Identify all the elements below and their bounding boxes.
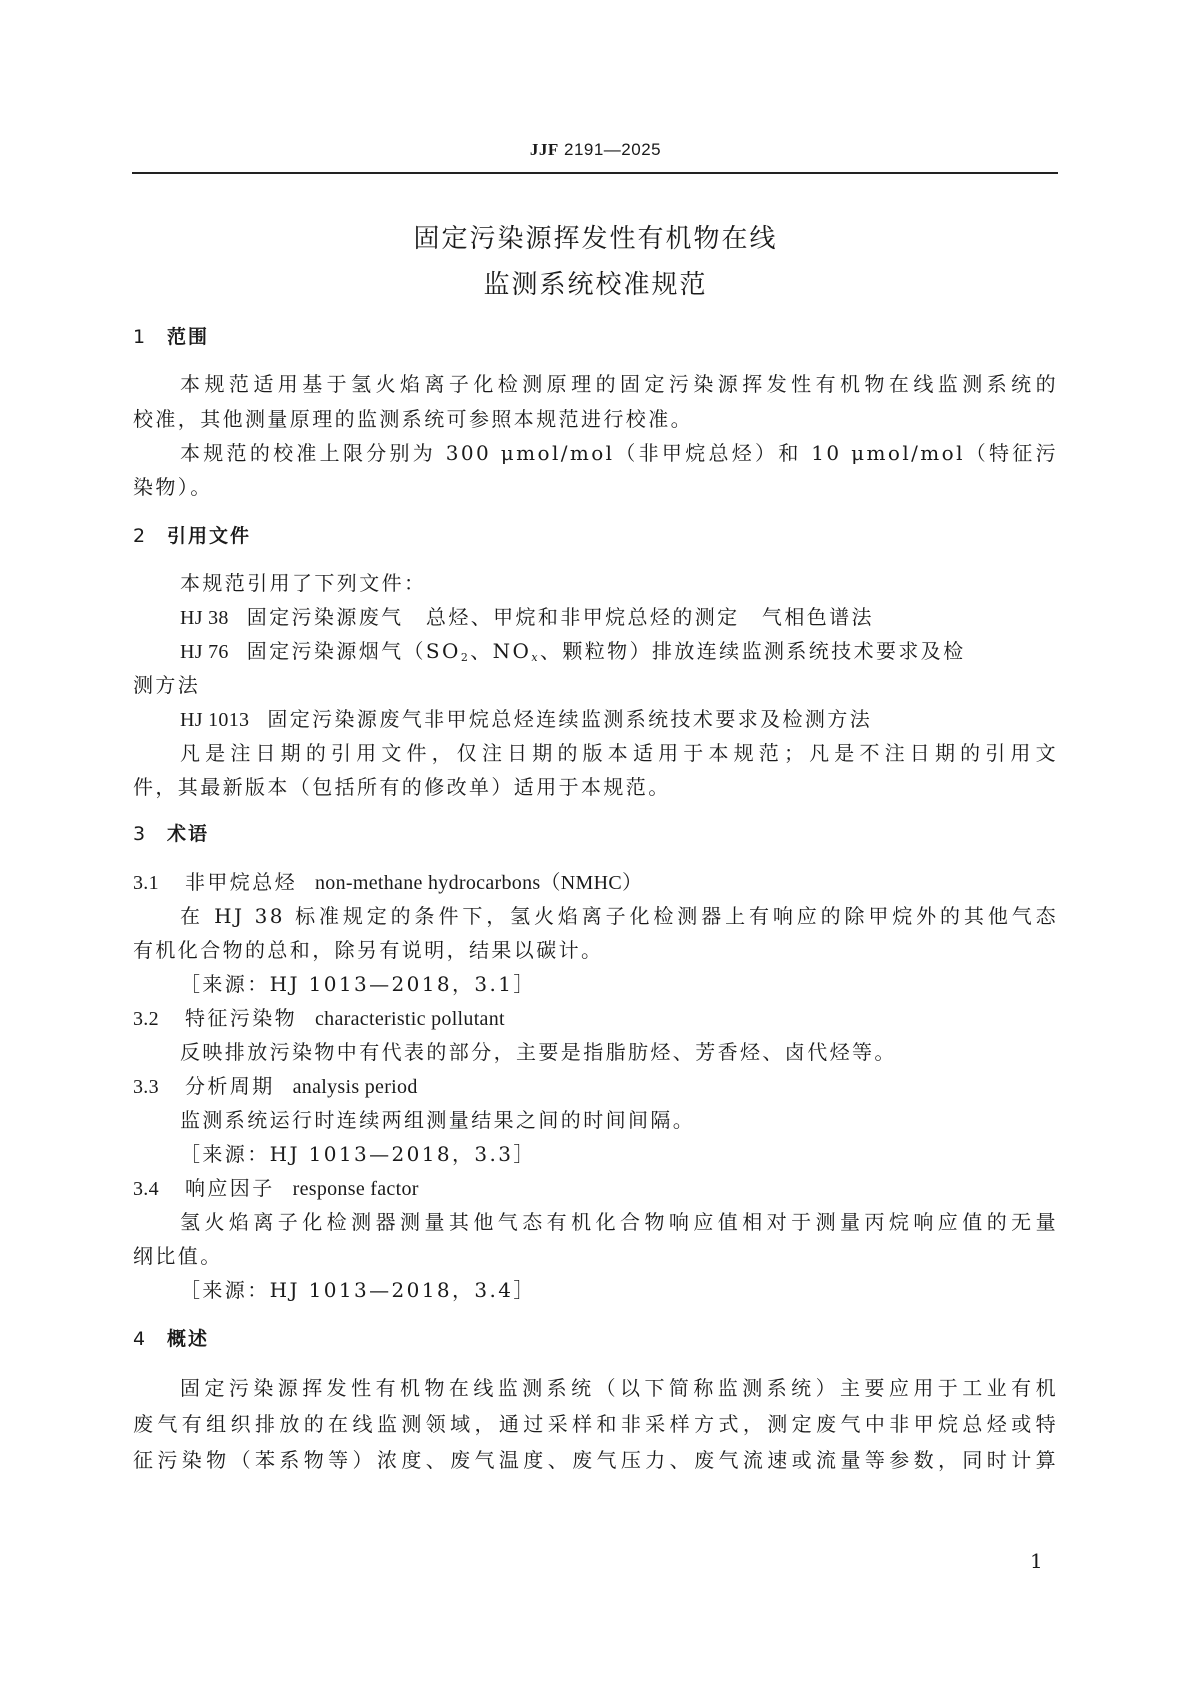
- section-number: 4: [133, 1325, 167, 1353]
- term-definition: 有机化合物的总和，除另有说明，结果以碳计。: [133, 936, 1058, 964]
- term-zh: 非甲烷总烃: [185, 870, 297, 894]
- section-number: 1: [133, 323, 167, 351]
- term-en: analysis period: [293, 1076, 418, 1098]
- term-source: ［来源：HJ 1013—2018，3.1］: [180, 970, 1058, 998]
- paragraph-line: 本规范的校准上限分别为 300 μmol/mol（非甲烷总烃）和 10 μmol…: [180, 439, 1058, 467]
- paragraph-line: 固定污染源挥发性有机物在线监测系统（以下简称监测系统）主要应用于工业有机: [180, 1374, 1058, 1402]
- term-en: response factor: [293, 1178, 419, 1200]
- term-definition: 纲比值。: [133, 1242, 1058, 1270]
- section-title: 术语: [167, 823, 209, 845]
- paragraph-line: 凡是注日期的引用文件，仅注日期的版本适用于本规范；凡是不注日期的引用文: [180, 739, 1058, 767]
- header-rule: [132, 172, 1058, 174]
- term-definition: 在 HJ 38 标准规定的条件下，氢火焰离子化检测器上有响应的除甲烷外的其他气态: [180, 902, 1058, 930]
- section-heading-2: 2引用文件: [133, 522, 1058, 550]
- reference-title: 、NO: [470, 639, 531, 663]
- reference-title: 固定污染源废气 总烃、甲烷和非甲烷总烃的测定 气相色谱法: [247, 605, 874, 629]
- document-page: JJF 2191—2025 固定污染源挥发性有机物在线 监测系统校准规范 1范围…: [0, 0, 1191, 1685]
- reference-code: HJ 1013: [180, 709, 249, 731]
- reference-item: HJ 76固定污染源烟气（SO2、NOx、颗粒物）排放连续监测系统技术要求及检: [180, 637, 1058, 672]
- paragraph-line: 本规范适用基于氢火焰离子化检测原理的固定污染源挥发性有机物在线监测系统的: [180, 370, 1058, 398]
- reference-code: HJ 76: [180, 641, 229, 663]
- section-title: 范围: [167, 326, 209, 348]
- section-number: 3: [133, 820, 167, 848]
- paragraph-line: 废气有组织排放的在线监测领域，通过采样和非采样方式，测定废气中非甲烷总烃或特: [133, 1410, 1058, 1438]
- section-heading-3: 3术语: [133, 820, 1058, 848]
- term-zh: 分析周期: [185, 1074, 275, 1098]
- term-entry-3-4: 3.4响应因子response factor: [133, 1174, 1058, 1203]
- section-heading-1: 1范围: [133, 323, 1058, 351]
- reference-continuation: 测方法: [133, 671, 1058, 699]
- section-heading-4: 4概述: [133, 1325, 1058, 1353]
- paragraph-line: 征污染物（苯系物等）浓度、废气温度、废气压力、废气流速或流量等参数，同时计算: [133, 1446, 1058, 1474]
- paragraph-line: 件，其最新版本（包括所有的修改单）适用于本规范。: [133, 773, 1058, 801]
- reference-item: HJ 38固定污染源废气 总烃、甲烷和非甲烷总烃的测定 气相色谱法: [180, 603, 1058, 632]
- term-entry-3-1: 3.1非甲烷总烃non-methane hydrocarbons（NMHC）: [133, 868, 1058, 897]
- term-en: characteristic pollutant: [315, 1008, 505, 1030]
- term-entry-3-3: 3.3分析周期analysis period: [133, 1072, 1058, 1101]
- term-definition: 氢火焰离子化检测器测量其他气态有机化合物响应值相对于测量丙烷响应值的无量: [180, 1208, 1058, 1236]
- section-number: 2: [133, 522, 167, 550]
- term-source: ［来源：HJ 1013—2018，3.3］: [180, 1140, 1058, 1168]
- term-zh: 特征污染物: [185, 1006, 297, 1030]
- term-number: 3.4: [133, 1175, 185, 1203]
- section-title: 引用文件: [167, 525, 251, 547]
- document-title-line-1: 固定污染源挥发性有机物在线: [0, 218, 1191, 255]
- term-source: ［来源：HJ 1013—2018，3.4］: [180, 1276, 1058, 1304]
- reference-code: HJ 38: [180, 607, 229, 629]
- reference-title: 、颗粒物）排放连续监测系统技术要求及检: [540, 639, 966, 663]
- term-definition: 反映排放污染物中有代表的部分，主要是指脂肪烃、芳香烃、卤代烃等。: [180, 1038, 1058, 1066]
- section-title: 概述: [167, 1328, 209, 1350]
- reference-title: 固定污染源烟气（SO: [247, 639, 461, 663]
- subscript: x: [531, 651, 540, 664]
- term-number: 3.3: [133, 1073, 185, 1101]
- standard-code: JJF 2191—2025: [0, 140, 1191, 160]
- standard-prefix: JJF: [530, 140, 559, 159]
- paragraph-line: 校准，其他测量原理的监测系统可参照本规范进行校准。: [133, 405, 1058, 433]
- term-en: non-methane hydrocarbons（NMHC）: [315, 872, 642, 894]
- page-number: 1: [1030, 1549, 1043, 1573]
- references-intro: 本规范引用了下列文件：: [180, 569, 1058, 597]
- term-entry-3-2: 3.2特征污染物characteristic pollutant: [133, 1004, 1058, 1033]
- term-zh: 响应因子: [185, 1176, 275, 1200]
- term-number: 3.2: [133, 1005, 185, 1033]
- reference-item: HJ 1013固定污染源废气非甲烷总烃连续监测系统技术要求及检测方法: [180, 705, 1058, 734]
- document-title-line-2: 监测系统校准规范: [0, 264, 1191, 301]
- standard-number: 2191—2025: [564, 140, 661, 159]
- term-definition: 监测系统运行时连续两组测量结果之间的时间间隔。: [180, 1106, 1058, 1134]
- term-number: 3.1: [133, 869, 185, 897]
- reference-title: 固定污染源废气非甲烷总烃连续监测系统技术要求及检测方法: [267, 707, 872, 731]
- subscript: 2: [461, 651, 470, 664]
- paragraph-line: 染物）。: [133, 473, 1058, 501]
